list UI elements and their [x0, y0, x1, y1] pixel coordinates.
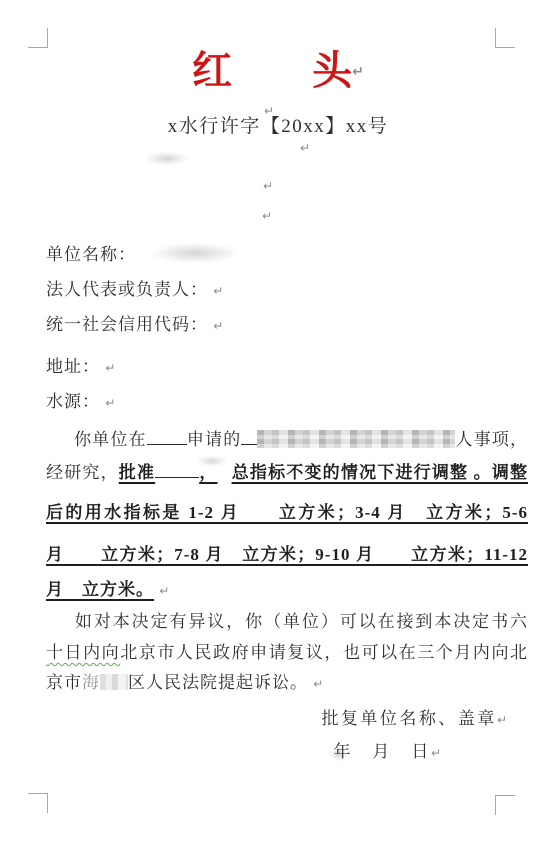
field-unit-name: 单位名称：: [46, 244, 528, 266]
approval-text: 人事项，: [455, 430, 528, 449]
field-address: 地址： ↵: [46, 356, 528, 379]
appeal-text: 区人民法院提起诉讼。: [128, 673, 308, 692]
quota-line-2: 月 立方米；7-8 月 立方米；9-10 月 立方米；11-12: [46, 544, 528, 566]
appeal-line-3: 京市海区人民法院提起诉讼。 ↵: [46, 672, 528, 695]
quota-line-1: 后的用水指标是 1-2 月 立方米；3-4 月 立方米；5-6: [46, 502, 528, 524]
fill-in-blank: [147, 430, 187, 445]
paragraph-mark-icon: ↵: [497, 713, 507, 727]
document-page: 红 头↵ ↵ x水行许字【20xx】xx号 ↵ ↵ ↵ 单位名称： 法人代表或负…: [0, 0, 556, 845]
redaction-smudge: [145, 152, 189, 165]
field-label: 水源：: [46, 392, 100, 411]
paragraph-mark-icon: ↵: [105, 396, 115, 410]
fill-in-blank: [155, 463, 199, 478]
approval-text: ，: [199, 463, 217, 482]
field-label: 单位名称：: [46, 245, 136, 264]
appeal-line-1: 如对本决定有异议，你（单位）可以在接到本决定书六: [46, 611, 528, 633]
crop-mark-bottom-right-icon: [495, 795, 515, 815]
field-label: 地址：: [46, 357, 100, 376]
red-header-title: 红 头↵: [0, 48, 556, 95]
field-credit-code: 统一社会信用代码： ↵: [46, 314, 528, 337]
partially-redacted-char: 海: [82, 673, 100, 692]
signature-unit-line: 批复单位名称、盖章↵: [321, 708, 507, 731]
redaction-smudge: [150, 243, 240, 263]
signature-text: 批复单位名称、盖章: [321, 709, 497, 728]
crop-mark-bottom-left-icon: [28, 793, 48, 813]
appeal-text: 如对本决定有异议，你（单位）可以在接到本决定书六: [74, 612, 528, 631]
appeal-text: 京市: [46, 673, 82, 692]
paragraph-mark-icon: ↵: [313, 677, 323, 691]
grammar-check-text: 十日内向: [46, 643, 120, 662]
paragraph-mark-icon: ↵: [431, 746, 441, 760]
paragraph-mark-icon: ↵: [213, 319, 223, 333]
document-number: x水行许字【20xx】xx号: [0, 114, 556, 140]
approval-text: 经研究，: [46, 463, 119, 482]
signature-date-line: 年 月 日↵: [333, 741, 441, 764]
field-legal-representative: 法人代表或负责人： ↵: [46, 279, 528, 302]
title-text: 红 头: [192, 48, 352, 93]
paragraph-mark-icon: ↵: [213, 284, 223, 298]
redaction-mosaic: [100, 674, 128, 690]
appeal-line-2: 十日内向北京市人民政府申请复议，也可以在三个月内向北: [46, 642, 528, 664]
quota-text: 月 立方米；7-8 月 立方米；9-10 月 立方米；11-12: [46, 545, 528, 564]
appeal-text: 北京市人民政府申请复议，也可以在三个月内向北: [120, 643, 528, 662]
approval-text: 总指标不变的情况下进行调整 。调整: [232, 463, 528, 482]
paragraph-mark-icon: ↵: [105, 361, 115, 375]
paragraph-mark-icon: ↵: [262, 209, 272, 223]
quota-text: 月 立方米。: [46, 580, 154, 599]
approval-line-1: 你单位在申请的人事项，: [46, 429, 528, 451]
paragraph-mark-icon: ↵: [300, 141, 310, 155]
approval-text: 申请的: [187, 430, 242, 449]
fill-in-blank: [241, 430, 257, 445]
crop-mark-top-left-icon: [28, 28, 48, 48]
crop-mark-top-right-icon: [495, 28, 515, 48]
quota-line-3: 月 立方米。 ↵: [46, 579, 528, 602]
redaction-mosaic: [257, 430, 455, 448]
date-text: 年 月 日: [333, 742, 431, 761]
approval-text: 你单位在: [74, 430, 147, 449]
approved-keyword: 批准: [119, 463, 155, 482]
approval-line-2: 经研究，批准，总指标不变的情况下进行调整 。调整: [46, 462, 528, 484]
field-water-source: 水源： ↵: [46, 391, 528, 414]
quota-text: 后的用水指标是 1-2 月 立方米；3-4 月 立方米；5-6: [46, 503, 528, 522]
paragraph-mark-icon: ↵: [263, 179, 273, 193]
field-label: 统一社会信用代码：: [46, 315, 208, 334]
field-label: 法人代表或负责人：: [46, 280, 208, 299]
paragraph-mark-icon: ↵: [159, 584, 169, 598]
paragraph-mark-icon: ↵: [352, 64, 364, 80]
